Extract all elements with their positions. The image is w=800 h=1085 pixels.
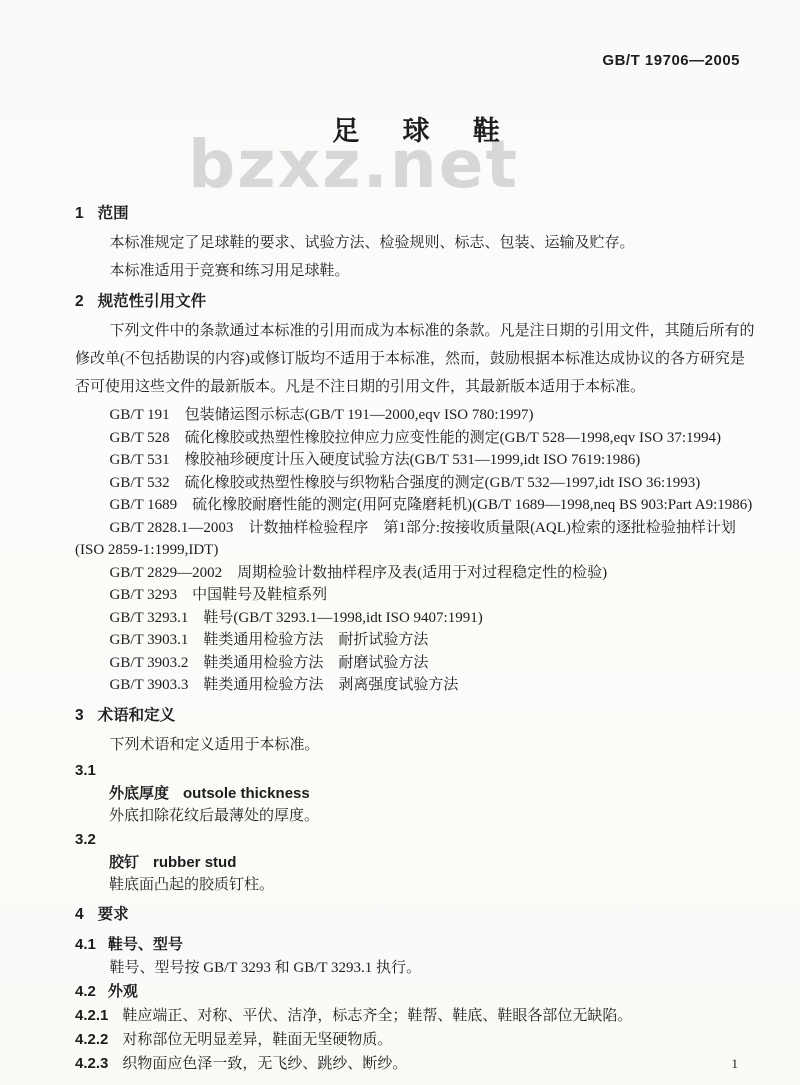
section-1-heading: 1范围 — [75, 203, 757, 225]
reference-item: GB/T 2829—2002 周期检验计数抽样程序及表(适用于对过程稳定性的检验… — [75, 562, 757, 585]
clause-4-1-number: 4.1 — [75, 936, 96, 953]
reference-item: GB/T 3293.1 鞋号(GB/T 3293.1—1998,idt ISO … — [75, 607, 757, 630]
reference-item: GB/T 531 橡胶袖珍硬度计压入硬度试验方法(GB/T 531—1999,i… — [75, 449, 757, 472]
reference-item: GB/T 1689 硫化橡胶耐磨性能的测定(用阿克隆磨耗机)(GB/T 1689… — [75, 494, 757, 517]
term-1-title: 外底厚度outsole thickness — [75, 782, 757, 805]
section-2-intro: 下列文件中的条款通过本标准的引用而成为本标准的条款。凡是注日期的引用文件，其随后… — [75, 317, 757, 401]
reference-item: GB/T 3903.3 鞋类通用检验方法 剥离强度试验方法 — [75, 674, 757, 697]
page-number: 1 — [732, 1056, 739, 1072]
section-1-label: 范围 — [98, 205, 129, 222]
section-3-intro: 下列术语和定义适用于本标准。 — [75, 731, 757, 759]
section-4-heading: 4要求 — [75, 904, 757, 926]
section-1-paragraph-1: 本标准规定了足球鞋的要求、试验方法、检验规则、标志、包装、运输及贮存。 — [75, 229, 757, 257]
clause-4-2-3-number: 4.2.3 — [75, 1055, 108, 1072]
clause-4-1-heading: 4.1鞋号、型号 — [75, 933, 757, 957]
term-2-definition: 鞋底面凸起的胶质钉柱。 — [75, 874, 757, 897]
clause-4-2-label: 外观 — [108, 983, 138, 1000]
section-2-label: 规范性引用文件 — [98, 293, 207, 310]
section-1-number: 1 — [75, 205, 84, 222]
reference-item: GB/T 3903.1 鞋类通用检验方法 耐折试验方法 — [75, 629, 757, 652]
section-4-number: 4 — [75, 906, 84, 923]
reference-item: GB/T 3293 中国鞋号及鞋楦系列 — [75, 584, 757, 607]
clause-4-1-label: 鞋号、型号 — [108, 936, 183, 953]
term-1-number: 3.1 — [75, 759, 757, 782]
reference-item: GB/T 528 硫化橡胶或热塑性橡胶拉伸应力应变性能的测定(GB/T 528—… — [75, 427, 757, 450]
term-2-chinese: 胶钉 — [109, 854, 139, 871]
clause-4-2-1-text: 鞋应端正、对称、平伏、洁净，标志齐全；鞋帮、鞋底、鞋眼各部位无缺陷。 — [122, 1008, 632, 1024]
reference-item: GB/T 532 硫化橡胶或热塑性橡胶与织物粘合强度的测定(GB/T 532—1… — [75, 472, 757, 495]
clause-4-1-text: 鞋号、型号按 GB/T 3293 和 GB/T 3293.1 执行。 — [75, 957, 757, 980]
section-3-label: 术语和定义 — [98, 707, 176, 724]
section-3-heading: 3术语和定义 — [75, 705, 757, 727]
clause-4-2-2-text: 对称部位无明显差异，鞋面无坚硬物质。 — [122, 1032, 392, 1048]
term-1-chinese: 外底厚度 — [109, 785, 169, 802]
term-2-title: 胶钉rubber stud — [75, 851, 757, 874]
term-2-number: 3.2 — [75, 828, 757, 851]
clause-4-2-3-text: 织物面应色泽一致，无飞纱、跳纱、断纱。 — [122, 1056, 407, 1072]
document-title: 足 球 鞋 — [75, 110, 757, 152]
clause-4-2-1: 4.2.1鞋应端正、对称、平伏、洁净，标志齐全；鞋帮、鞋底、鞋眼各部位无缺陷。 — [75, 1004, 757, 1028]
standard-code: GB/T 19706—2005 — [602, 52, 740, 69]
term-1-definition: 外底扣除花纹后最薄处的厚度。 — [75, 805, 757, 828]
reference-item: GB/T 3903.2 鞋类通用检验方法 耐磨试验方法 — [75, 652, 757, 675]
clause-4-2-heading: 4.2外观 — [75, 980, 757, 1004]
section-3-number: 3 — [75, 707, 84, 724]
section-2-heading: 2规范性引用文件 — [75, 291, 757, 313]
normative-references-list: GB/T 191 包装储运图示标志(GB/T 191—2000,eqv ISO … — [75, 404, 757, 697]
term-1-english: outsole thickness — [183, 785, 310, 802]
term-2-english: rubber stud — [153, 854, 236, 871]
reference-item: GB/T 2828.1—2003 计数抽样检验程序 第1部分:按接收质量限(AQ… — [75, 517, 757, 562]
clause-4-2-2-number: 4.2.2 — [75, 1031, 108, 1048]
section-1-paragraph-2: 本标准适用于竞赛和练习用足球鞋。 — [75, 257, 757, 285]
clause-4-2-number: 4.2 — [75, 983, 96, 1000]
section-4-label: 要求 — [98, 906, 129, 923]
document-body: 足 球 鞋 1范围 本标准规定了足球鞋的要求、试验方法、检验规则、标志、包装、运… — [75, 110, 757, 1076]
clause-4-2-3: 4.2.3织物面应色泽一致，无飞纱、跳纱、断纱。 — [75, 1052, 757, 1076]
section-2-number: 2 — [75, 293, 84, 310]
clause-4-2-2: 4.2.2对称部位无明显差异，鞋面无坚硬物质。 — [75, 1028, 757, 1052]
reference-item: GB/T 191 包装储运图示标志(GB/T 191—2000,eqv ISO … — [75, 404, 757, 427]
clause-4-2-1-number: 4.2.1 — [75, 1007, 108, 1024]
